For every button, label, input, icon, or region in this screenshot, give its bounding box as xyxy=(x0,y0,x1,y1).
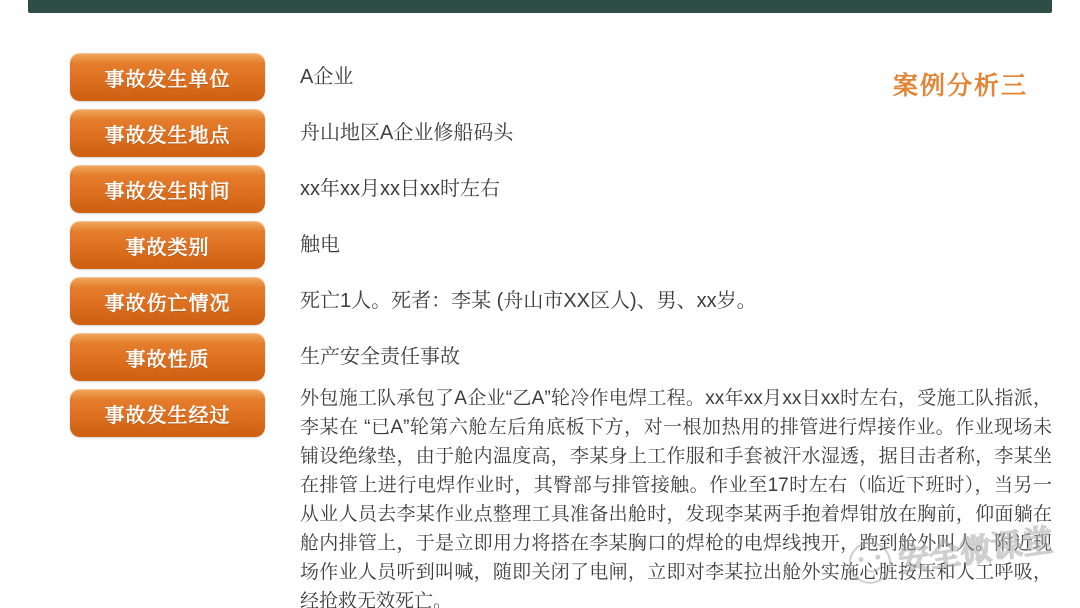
field-label-category: 事故类别 xyxy=(70,221,265,269)
field-label-column: 事故发生单位 事故发生地点 事故发生时间 事故类别 事故伤亡情况 事故性质 事故… xyxy=(70,53,265,437)
slide: 案例分析三 事故发生单位 事故发生地点 事故发生时间 事故类别 事故伤亡情况 事… xyxy=(0,0,1080,608)
field-label-casualty: 事故伤亡情况 xyxy=(70,277,265,325)
field-label-location: 事故发生地点 xyxy=(70,109,265,157)
field-value-nature: 生产安全责任事故 xyxy=(300,333,460,381)
field-value-process-narrative: 外包施工队承包了A企业“乙A”轮冷作电焊工程。xx年xx月xx日xx时左右，受施… xyxy=(300,384,1052,608)
field-value-time: xx年xx月xx日xx时左右 xyxy=(300,165,500,213)
field-label-process: 事故发生经过 xyxy=(70,389,265,437)
field-value-casualty: 死亡1人。死者：李某 (舟山市XX区人)、男、xx岁。 xyxy=(300,277,757,325)
field-label-nature: 事故性质 xyxy=(70,333,265,381)
field-label-unit: 事故发生单位 xyxy=(70,53,265,101)
field-label-time: 事故发生时间 xyxy=(70,165,265,213)
field-value-unit: A企业 xyxy=(300,53,353,101)
top-accent-bar xyxy=(28,0,1052,13)
field-value-location: 舟山地区A企业修船码头 xyxy=(300,109,513,157)
field-value-category: 触电 xyxy=(300,221,340,269)
slide-title: 案例分析三 xyxy=(893,66,1028,102)
